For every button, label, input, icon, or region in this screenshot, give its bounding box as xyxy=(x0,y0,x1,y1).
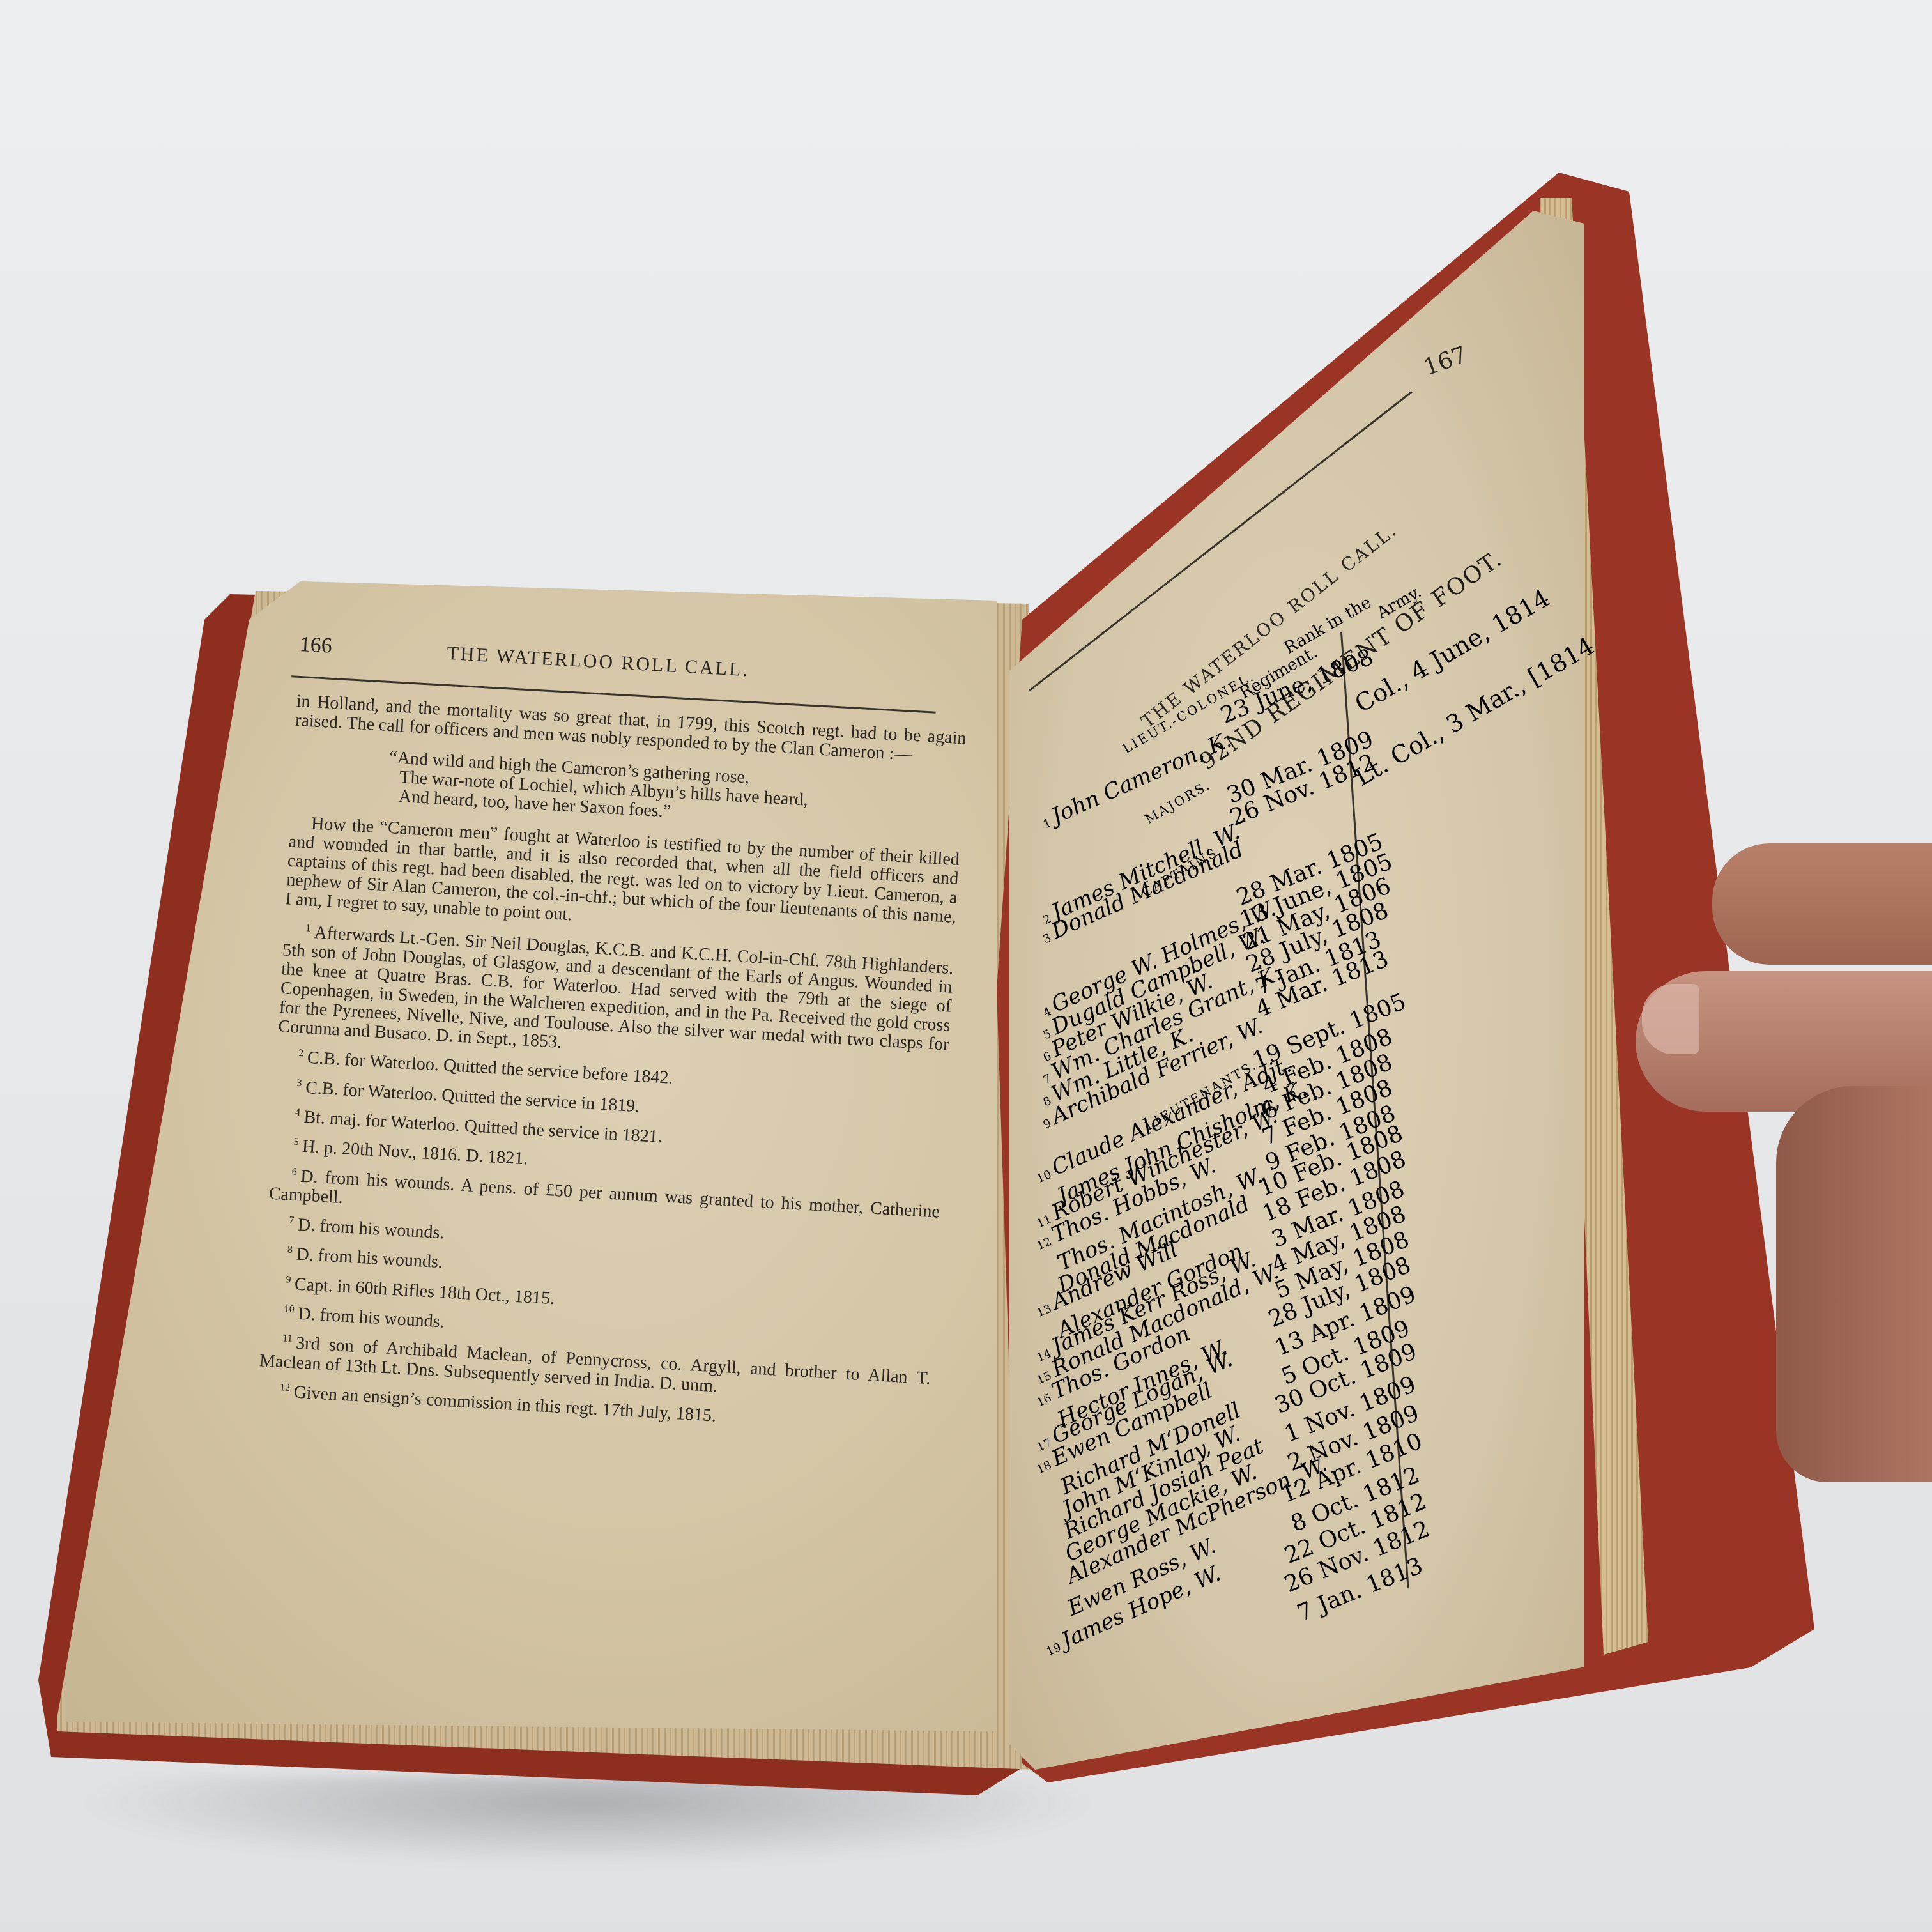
footnotes: 1Afterwards Lt.-Gen. Sir Neil Douglas, K… xyxy=(257,917,954,1437)
hand-finger-index xyxy=(1712,843,1932,965)
left-page-text: 166 THE WATERLOO ROLL CALL. in Holland, … xyxy=(257,632,970,1444)
thumbnail xyxy=(1642,984,1699,1054)
hand-palm xyxy=(1776,1086,1932,1482)
left-page-number: 166 xyxy=(299,632,333,659)
photo-scene: 166 THE WATERLOO ROLL CALL. in Holland, … xyxy=(0,0,1932,1932)
